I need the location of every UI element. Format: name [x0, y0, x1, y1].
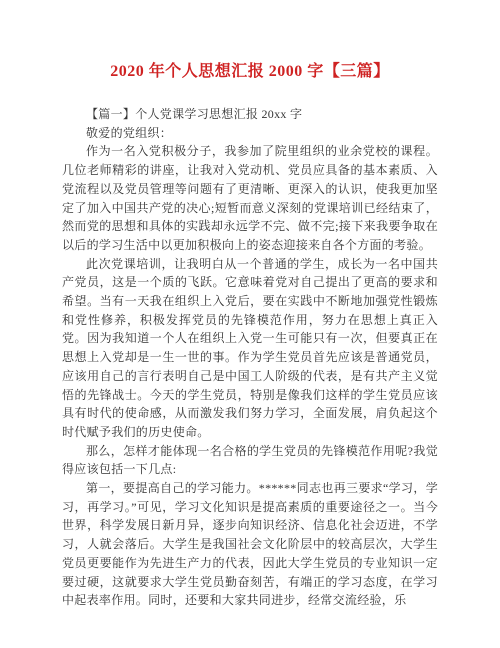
paragraph-salutation: 敬爱的党组织：	[62, 124, 438, 143]
paragraph-section-heading: 【篇一】个人党课学习思想汇报 20xx 字	[62, 105, 438, 124]
document-page: 2020 年个人思想汇报 2000 字【三篇】 【篇一】个人党课学习思想汇报 2…	[0, 0, 500, 648]
paragraph: 作为一名入党积极分子，我参加了院里组织的业余党校的课程。几位老师精彩的讲座，让我…	[62, 142, 438, 254]
page-number: 1	[0, 594, 500, 605]
paragraph: 那么，怎样才能体现一名合格的学生党员的先锋模范作用呢?我觉得应该包括一下几点:	[62, 442, 438, 479]
paragraph: 第一，要提高自己的学习能力。******同志也再三要求“学习，学习，再学习。”可…	[62, 479, 438, 610]
document-body: 【篇一】个人党课学习思想汇报 20xx 字 敬爱的党组织： 作为一名入党积极分子…	[62, 105, 438, 610]
document-title: 2020 年个人思想汇报 2000 字【三篇】	[0, 58, 500, 81]
paragraph: 此次党课培训，让我明白从一个普通的学生，成长为一名中国共产党员，这是一个质的飞跃…	[62, 255, 438, 442]
